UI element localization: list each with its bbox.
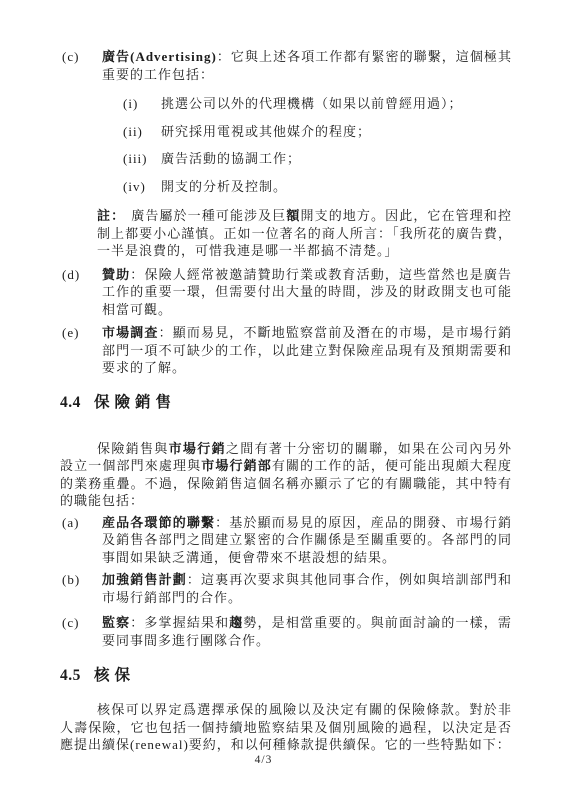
item-label: (a)	[62, 514, 102, 567]
item-separator: ：	[215, 515, 229, 530]
list-item-sales-plan: (b) 加強銷售計劃：這裏再次要求與其他同事合作，例如與培訓部門和市場行銷部門的…	[60, 571, 512, 606]
item-term: 産品各環節的聯繫	[102, 515, 215, 530]
advertising-note: 註：廣告屬於一種可能涉及巨額開支的地方。因此，它在管理和控制上都要小心謹慎。正如…	[97, 207, 512, 260]
list-item-advertising: (c) 廣告(Advertising)：它與上述各項工作都有緊密的聯繫，這個極其…	[60, 48, 512, 83]
section-number: 4.4	[60, 393, 94, 413]
list-item-market-research: (e) 市場調查：顯而易見，不斷地監察當前及潛在的市場，是市場行銷部門一項不可缺…	[60, 324, 512, 377]
sub-item-label: (i)	[123, 95, 161, 113]
note-text: 廣告屬於一種可能涉及巨	[131, 208, 286, 223]
item-label: (b)	[62, 571, 102, 606]
item-separator: ：	[130, 267, 144, 282]
item-text: 多掌握結果和	[144, 615, 229, 630]
sub-item-text: 開支的分析及控制。	[161, 178, 512, 196]
item-body: 監察：多掌握結果和趨勢，是相當重要的。與前面討論的一樣，需要同事間多進行團隊合作…	[102, 614, 512, 649]
sub-item-iii: (iii) 廣告活動的協調工作；	[123, 150, 512, 168]
item-term: 監察	[102, 615, 130, 630]
item-text-bold: 趨	[229, 615, 243, 630]
item-separator: ：	[187, 572, 201, 587]
item-term: 贊助	[102, 267, 130, 282]
section-number: 4.5	[60, 666, 94, 686]
section-title: 保險銷售	[94, 394, 176, 411]
page-number: 4/3	[0, 752, 527, 770]
item-label: (c)	[62, 614, 102, 649]
section-45-paragraph: 核保可以界定爲選擇承保的風險以及決定有關的保險條款。對於非人壽保險，它也包括一個…	[60, 701, 512, 754]
item-separator: ：	[159, 325, 173, 340]
sub-item-text: 研究採用電視或其他媒介的程度；	[161, 123, 512, 141]
item-label: (e)	[62, 324, 102, 377]
sub-item-label: (iii)	[123, 150, 161, 168]
section-44-paragraph: 保險銷售與市場行銷之間有著十分密切的關聯，如果在公司內另外設立一個部門來處理與市…	[60, 440, 512, 510]
note-label: 註：	[97, 208, 125, 223]
item-body: 市場調查：顯而易見，不斷地監察當前及潛在的市場，是市場行銷部門一項不可缺少的工作…	[102, 324, 512, 377]
list-item-product-links: (a) 産品各環節的聯繫：基於顯而易見的原因，産品的開發、市場行銷及銷售各部門之…	[60, 514, 512, 567]
section-heading-underwriting: 4.5核保	[60, 666, 512, 686]
sub-item-label: (ii)	[123, 123, 161, 141]
item-body: 産品各環節的聯繫：基於顯而易見的原因，産品的開發、市場行銷及銷售各部門之間建立緊…	[102, 514, 512, 567]
item-body: 廣告(Advertising)：它與上述各項工作都有緊密的聯繫，這個極其重要的工…	[102, 48, 512, 83]
sub-item-ii: (ii) 研究採用電視或其他媒介的程度；	[123, 123, 512, 141]
sub-item-text: 挑選公司以外的代理機構（如果以前曾經用過）；	[161, 95, 512, 113]
list-item-sponsorship: (d) 贊助：保險人經常被邀請贊助行業或教育活動，這些當然也是廣告工作的重要一環…	[60, 266, 512, 319]
item-text: 保險人經常被邀請贊助行業或教育活動，這些當然也是廣告工作的重要一環，但需要付出大…	[102, 267, 512, 317]
item-separator: ：	[130, 615, 144, 630]
item-separator: ：	[217, 49, 231, 64]
sub-item-iv: (iv) 開支的分析及控制。	[123, 178, 512, 196]
item-body: 加強銷售計劃：這裏再次要求與其他同事合作，例如與培訓部門和市場行銷部門的合作。	[102, 571, 512, 606]
document-page: (c) 廣告(Advertising)：它與上述各項工作都有緊密的聯繫，這個極其…	[0, 0, 565, 800]
note-text-bold: 額	[286, 208, 300, 223]
item-term: 市場調查	[102, 325, 159, 340]
paragraph-text: 保險銷售與	[97, 441, 169, 456]
sub-item-i: (i) 挑選公司以外的代理機構（如果以前曾經用過）；	[123, 95, 512, 113]
item-term: 加強銷售計劃	[102, 572, 187, 587]
section-heading-insurance-sales: 4.4保險銷售	[60, 393, 512, 413]
paragraph-text-bold: 市場行銷	[169, 441, 226, 456]
sub-item-text: 廣告活動的協調工作；	[161, 150, 512, 168]
item-label: (d)	[62, 266, 102, 319]
item-label: (c)	[62, 48, 102, 83]
paragraph-text-bold: 市場行銷部	[201, 458, 272, 473]
list-item-monitoring: (c) 監察：多掌握結果和趨勢，是相當重要的。與前面討論的一樣，需要同事間多進行…	[60, 614, 512, 649]
section-title: 核保	[94, 667, 135, 684]
paragraph-text: 核保可以界定爲選擇承保的風險以及決定有關的保險條款。對於非人壽保險，它也包括一個…	[60, 702, 512, 752]
sub-item-label: (iv)	[123, 178, 161, 196]
item-term: 廣告(Advertising)	[102, 49, 217, 64]
item-body: 贊助：保險人經常被邀請贊助行業或教育活動，這些當然也是廣告工作的重要一環，但需要…	[102, 266, 512, 319]
